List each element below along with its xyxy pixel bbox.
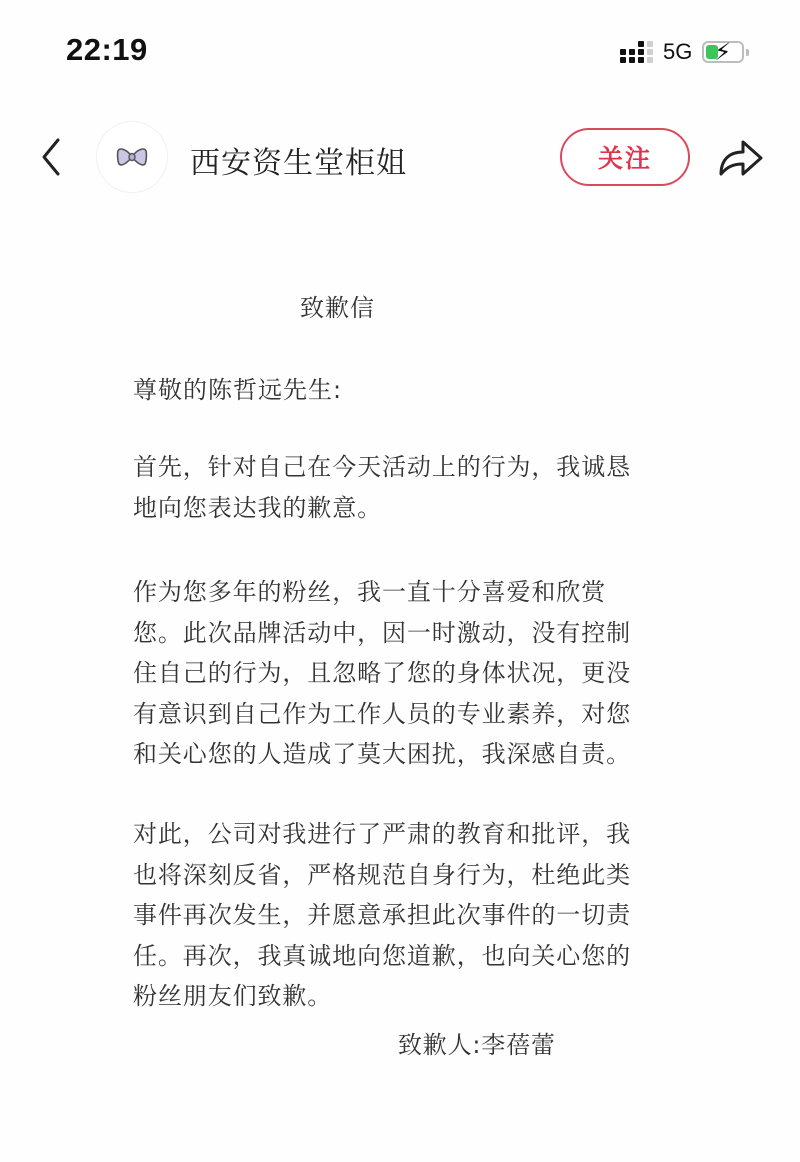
account-header: 西安资生堂柜姐 关注	[0, 110, 800, 205]
status-time: 22:19	[66, 32, 148, 68]
letter-title: 致歉信	[300, 288, 375, 323]
back-button[interactable]	[36, 132, 66, 182]
status-icons: 5G ⚡	[620, 36, 744, 68]
letter-salutation: 尊敬的陈哲远先生:	[133, 370, 342, 405]
letter-signature: 致歉人:李蓓蕾	[398, 1025, 556, 1060]
paragraph-line: 任。再次，我真诚地向您道歉，也向关心您的	[133, 936, 678, 977]
paragraph-line: 也将深刻反省，严格规范自身行为，杜绝此类	[133, 855, 678, 896]
avatar[interactable]	[96, 121, 168, 193]
paragraph-line: 您。此次品牌活动中，因一时激动，没有控制	[133, 613, 678, 654]
signal-icon	[620, 41, 653, 63]
paragraph-line: 作为您多年的粉丝，我一直十分喜爱和欣赏	[133, 572, 678, 613]
status-bar: 22:19 5G ⚡	[0, 0, 800, 100]
paragraph-line: 住自己的行为，且忽略了您的身体状况，更没	[133, 653, 678, 694]
letter-paragraph-2: 作为您多年的粉丝，我一直十分喜爱和欣赏 您。此次品牌活动中，因一时激动，没有控制…	[133, 572, 678, 775]
paragraph-line: 粉丝朋友们致歉。	[133, 976, 678, 1017]
paragraph-line: 地向您表达我的歉意。	[133, 488, 678, 529]
bow-icon	[115, 146, 149, 168]
letter-paragraph-1: 首先，针对自己在今天活动上的行为，我诚恳 地向您表达我的歉意。	[133, 447, 678, 528]
account-name[interactable]: 西安资生堂柜姐	[190, 138, 407, 182]
network-type: 5G	[663, 39, 692, 65]
paragraph-line: 对此，公司对我进行了严肃的教育和批评，我	[133, 814, 678, 855]
letter-paragraph-3: 对此，公司对我进行了严肃的教育和批评，我 也将深刻反省，严格规范自身行为，杜绝此…	[133, 814, 678, 1017]
paragraph-line: 事件再次发生，并愿意承担此次事件的一切责	[133, 895, 678, 936]
share-arrow-icon	[715, 134, 767, 182]
paragraph-line: 有意识到自己作为工作人员的专业素养，对您	[133, 694, 678, 735]
chevron-left-icon	[36, 132, 66, 182]
share-button[interactable]	[715, 134, 767, 182]
battery-charging-icon: ⚡	[702, 41, 744, 63]
paragraph-line: 和关心您的人造成了莫大困扰，我深感自责。	[133, 734, 678, 775]
paragraph-line: 首先，针对自己在今天活动上的行为，我诚恳	[133, 447, 678, 488]
follow-button[interactable]: 关注	[560, 128, 690, 186]
